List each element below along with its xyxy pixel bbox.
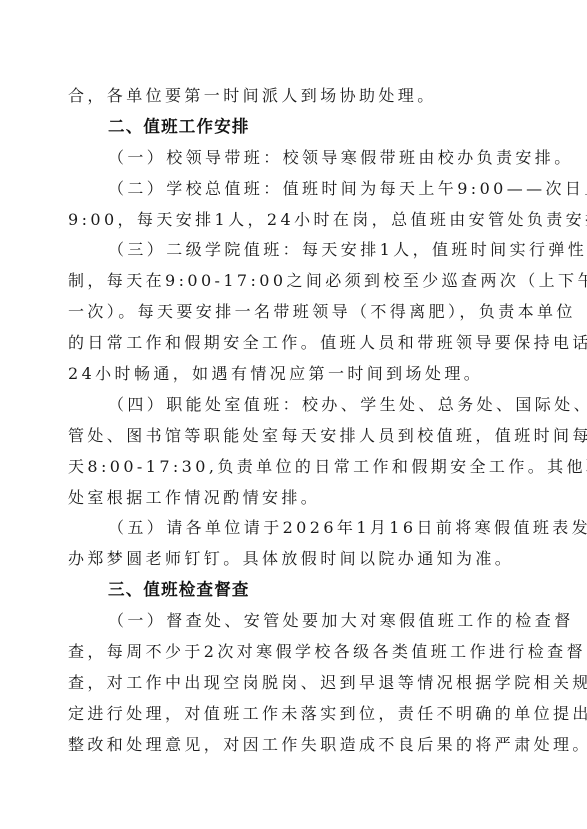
paragraph-line: （三）二级学院值班：每天安排1人，值班时间实行弹性 bbox=[68, 235, 504, 266]
paragraph-line: （一）校领导带班：校领导寒假带班由校办负责安排。 bbox=[68, 143, 504, 174]
paragraph-line: 24小时畅通，如遇有情况应第一时间到场处理。 bbox=[68, 359, 504, 390]
paragraph-line: 的日常工作和假期安全工作。值班人员和带班领导要保持电话 bbox=[68, 328, 504, 359]
section-heading-duty-inspection: 三、值班检查督查 bbox=[68, 575, 504, 606]
paragraph-line: 整改和处理意见，对因工作失职造成不良后果的将严肃处理。 bbox=[68, 730, 504, 761]
paragraph-line: 办郑梦圆老师钉钉。具体放假时间以院办通知为准。 bbox=[68, 544, 504, 575]
section-heading-duty-arrangement: 二、值班工作安排 bbox=[68, 112, 504, 143]
paragraph-line: 制，每天在9:00-17:00之间必须到校至少巡查两次（上下午各 bbox=[68, 266, 504, 297]
paragraph-line: 管处、图书馆等职能处室每天安排人员到校值班，值班时间每 bbox=[68, 421, 504, 452]
paragraph-line: 查，每周不少于2次对寒假学校各级各类值班工作进行检查督 bbox=[68, 637, 504, 668]
paragraph-line: （一）督查处、安管处要加大对寒假值班工作的检查督 bbox=[68, 606, 504, 637]
paragraph-line: 定进行处理，对值班工作未落实到位，责任不明确的单位提出 bbox=[68, 699, 504, 730]
paragraph-line: 处室根据工作情况酌情安排。 bbox=[68, 483, 504, 514]
paragraph-line: 9:00，每天安排1人，24小时在岗，总值班由安管处负责安排。 bbox=[68, 205, 504, 236]
paragraph-line: 天8:00-17:30,负责单位的日常工作和假期安全工作。其他职能 bbox=[68, 452, 504, 483]
paragraph-line: （二）学校总值班：值班时间为每天上午9:00——次日上午 bbox=[68, 174, 504, 205]
paragraph-line: 一次）。每天要安排一名带班领导（不得离肥），负责本单位 bbox=[68, 297, 504, 328]
paragraph-line: （四）职能处室值班：校办、学生处、总务处、国际处、安 bbox=[68, 390, 504, 421]
document-page: 合，各单位要第一时间派人到场协助处理。 二、值班工作安排 （一）校领导带班：校领… bbox=[68, 81, 504, 761]
paragraph-line: 查，对工作中出现空岗脱岗、迟到早退等情况根据学院相关规 bbox=[68, 668, 504, 699]
paragraph-line: （五）请各单位请于2026年1月16日前将寒假值班表发至校 bbox=[68, 513, 504, 544]
paragraph-line: 合，各单位要第一时间派人到场协助处理。 bbox=[68, 81, 504, 112]
